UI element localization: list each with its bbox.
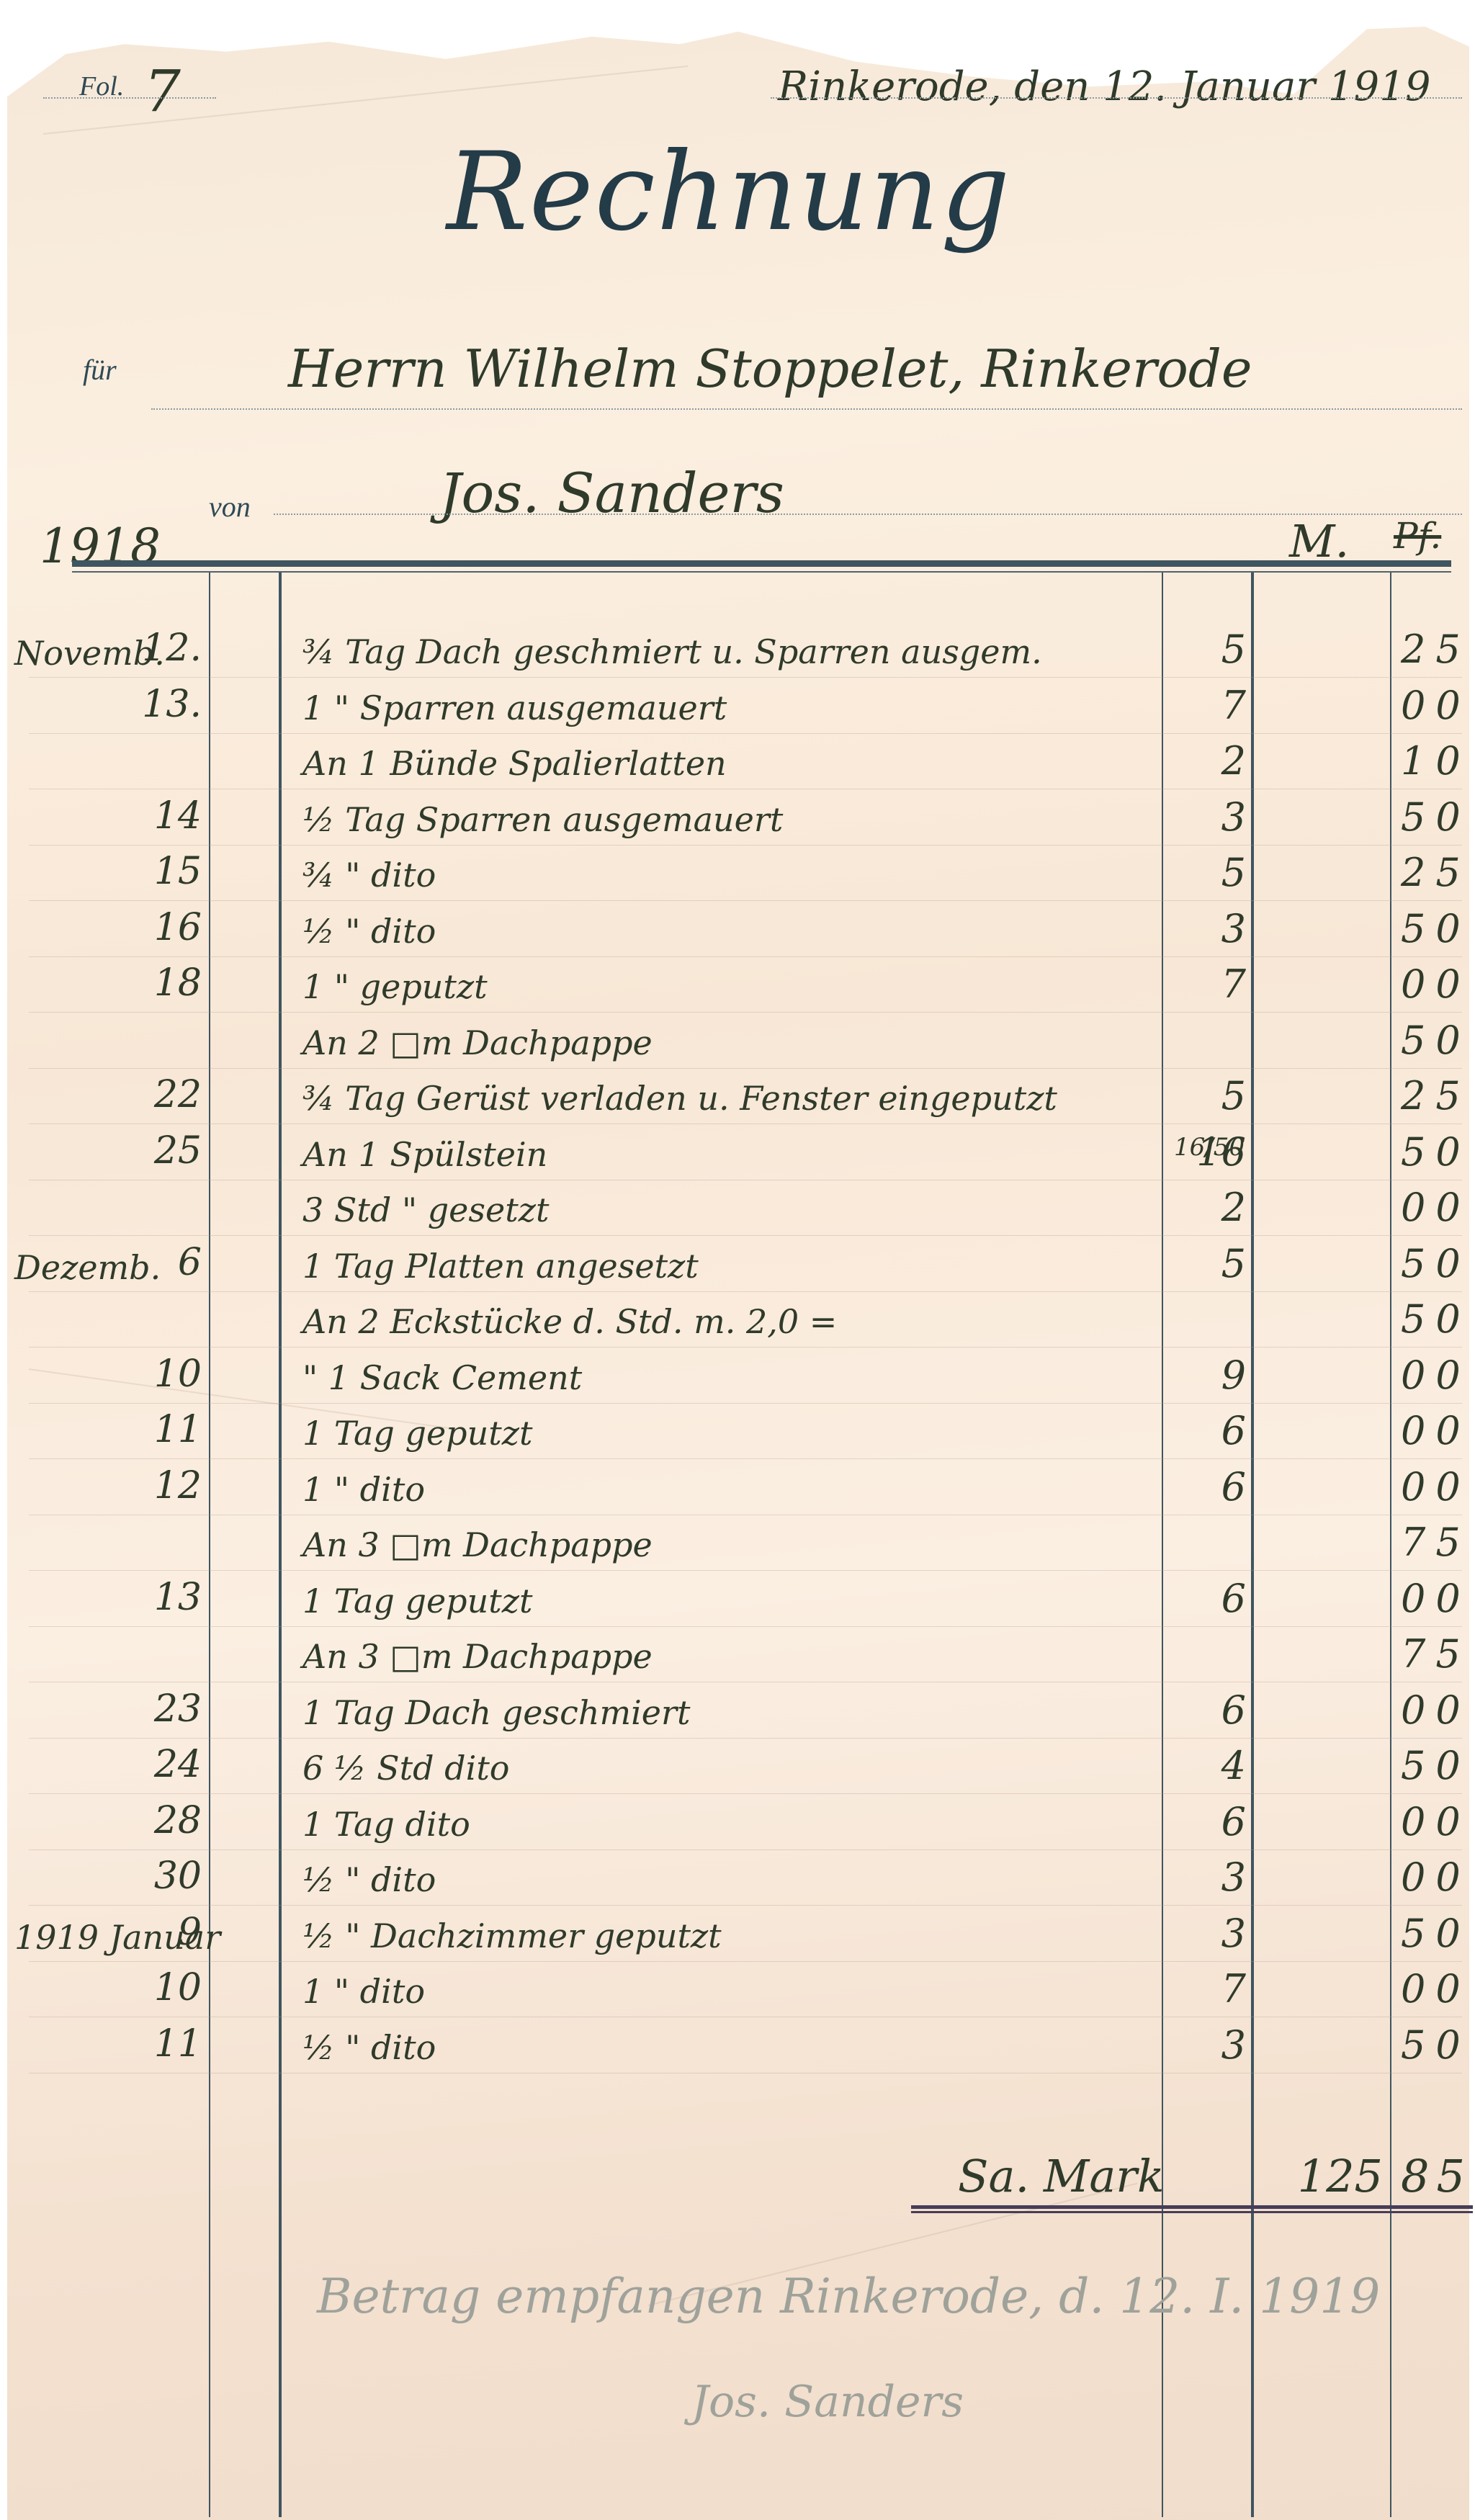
entry-day: 24 (122, 1743, 202, 1786)
row-ruling (29, 1515, 1462, 1515)
row-ruling (29, 1458, 1462, 1459)
entry-day: 30 (122, 1855, 202, 1898)
row-ruling (29, 1235, 1462, 1236)
entry-pfennig: 00 (1401, 1408, 1475, 1453)
row-ruling (29, 1180, 1462, 1180)
entry-marks: 2 (1167, 1185, 1246, 1230)
entry-description: 1 Tag Platten angesetzt (302, 1247, 699, 1286)
entry-description: 6 ½ Std dito (302, 1749, 510, 1788)
entry-pfennig: 25 (1401, 1073, 1475, 1118)
entry-marks: 6 (1167, 1576, 1246, 1621)
folio-number: 7 (144, 58, 181, 125)
row-ruling (29, 2073, 1462, 2073)
table-top-rule (72, 560, 1451, 567)
place-date: Rinkerode, den 12. Januar 1919 (778, 63, 1430, 110)
entry-pfennig: 00 (1401, 1799, 1475, 1844)
entry-pfennig: 00 (1401, 1576, 1475, 1621)
row-ruling (29, 677, 1462, 678)
von-label: von (209, 490, 251, 524)
column-divider-day (279, 573, 282, 2517)
total-pf: 85 (1401, 2150, 1472, 2202)
entry-marks: 5 (1167, 1073, 1246, 1118)
row-ruling (29, 1347, 1462, 1348)
entry-pfennig: 50 (1401, 1296, 1475, 1342)
entry-day: 23 (122, 1687, 202, 1731)
entry-description: An 3 □m Dachpappe (302, 1637, 653, 1676)
entry-description: ½ " dito (302, 2028, 436, 2067)
entry-description: ½ " Dachzimmer geputzt (302, 1916, 722, 1955)
entry-pfennig: 50 (1401, 906, 1475, 951)
entry-pfennig: 75 (1401, 1631, 1475, 1677)
entry-day: 12. (122, 627, 202, 670)
entry-day: 28 (122, 1799, 202, 1842)
row-ruling (29, 1291, 1462, 1292)
entry-description: ¾ Tag Gerüst verladen u. Fenster eingepu… (302, 1079, 1057, 1118)
receipt-note: Betrag empfangen Rinkerode, d. 12. I. 19… (317, 2269, 1380, 2324)
entry-day: 10 (122, 1353, 202, 1396)
entry-pfennig: 00 (1401, 1855, 1475, 1900)
entry-day: 16 (122, 906, 202, 949)
entry-marks: 7 (1167, 683, 1246, 728)
entry-day: 18 (122, 961, 202, 1005)
row-ruling (29, 1793, 1462, 1794)
entry-marks: 5 (1167, 850, 1246, 895)
entry-pfennig: 00 (1401, 683, 1475, 728)
row-ruling (29, 845, 1462, 846)
column-divider-month (209, 573, 210, 2517)
date-dotted-line (771, 97, 1462, 99)
entry-day: 10 (122, 1966, 202, 2009)
entry-day: 6 (122, 1241, 202, 1284)
row-ruling (29, 1012, 1462, 1013)
entry-day: 13 (122, 1576, 202, 1619)
entry-description: An 2 □m Dachpappe (302, 1023, 653, 1062)
entry-pfennig: 50 (1401, 1743, 1475, 1788)
entry-pfennig: 00 (1401, 1687, 1475, 1733)
entry-description: An 3 □m Dachpappe (302, 1525, 653, 1564)
row-ruling (29, 956, 1462, 957)
entry-pfennig: 00 (1401, 1353, 1475, 1398)
row-ruling (29, 733, 1462, 734)
entry-day: 14 (122, 794, 202, 838)
entry-description: ½ " dito (302, 912, 436, 951)
entry-pfennig: 10 (1401, 738, 1475, 784)
entry-day: 12 (122, 1464, 202, 1507)
total-label: Sa. Mark (958, 2150, 1165, 2202)
entry-description: 1 " dito (302, 1972, 425, 2011)
entry-pfennig: 00 (1401, 1966, 1475, 2012)
entry-pfennig: 50 (1401, 1241, 1475, 1286)
entry-description: 1 " Sparren ausgemauert (302, 689, 727, 727)
row-ruling (29, 1682, 1462, 1682)
entry-marks: 4 (1167, 1743, 1246, 1788)
entry-marks: 7 (1167, 961, 1246, 1007)
entry-description: 1 Tag geputzt (302, 1582, 532, 1620)
row-ruling (29, 1403, 1462, 1404)
entry-description: ½ Tag Sparren ausgemauert (302, 800, 783, 839)
entry-description: ¾ " dito (302, 856, 436, 894)
entry-pfennig: 50 (1401, 794, 1475, 840)
entry-description: " 1 Sack Cement (302, 1358, 582, 1397)
row-ruling (29, 1961, 1462, 1962)
entry-pfennig: 50 (1401, 1911, 1475, 1956)
entry-description: 3 Std " gesetzt (302, 1191, 549, 1229)
entry-marks: 6 (1167, 1687, 1246, 1733)
entry-marks: 5 (1167, 627, 1246, 672)
entry-description: An 2 Eckstücke d. Std. m. 2,0 = (302, 1302, 837, 1341)
entry-marks: 2 (1167, 738, 1246, 784)
row-ruling (29, 1124, 1462, 1124)
row-ruling (29, 789, 1462, 789)
entry-pfennig: 50 (1401, 2022, 1475, 2068)
entry-day: 13. (122, 683, 202, 726)
entry-pfennig: 75 (1401, 1520, 1475, 1565)
entry-marks: 3 (1167, 906, 1246, 951)
folio-dotted-line (43, 97, 216, 99)
entry-day: 9 (122, 1911, 202, 1954)
row-ruling (29, 1068, 1462, 1069)
entry-description: An 1 Spülstein (302, 1135, 547, 1174)
entry-description: 1 " dito (302, 1470, 425, 1509)
column-divider-side (1162, 573, 1163, 2517)
row-ruling (29, 1905, 1462, 1906)
row-ruling (29, 1738, 1462, 1739)
entry-description: 1 " geputzt (302, 967, 488, 1006)
total-marks: 125 (1260, 2150, 1383, 2202)
entry-marks: 7 (1167, 1966, 1246, 2012)
entry-marks: 6 (1167, 1799, 1246, 1844)
sum-rule-top (911, 2205, 1473, 2209)
row-ruling (29, 1849, 1462, 1850)
entry-pfennig: 50 (1401, 1018, 1475, 1063)
entry-day: 15 (122, 850, 202, 893)
entry-marks: 6 (1167, 1464, 1246, 1510)
column-divider-pf (1390, 573, 1391, 2517)
entry-marks: 3 (1167, 1855, 1246, 1900)
row-ruling (29, 2017, 1462, 2017)
entry-description: ¾ Tag Dach geschmiert u. Sparren ausgem. (302, 632, 1042, 671)
entry-pfennig: 25 (1401, 850, 1475, 895)
row-ruling (29, 900, 1462, 901)
entry-day: 11 (122, 1408, 202, 1451)
entry-marks: 3 (1167, 2022, 1246, 2068)
entry-marks: 3 (1167, 1911, 1246, 1956)
issuer-name: Jos. Sanders (439, 461, 784, 525)
entry-description: 1 Tag Dach geschmiert (302, 1693, 691, 1732)
row-ruling (29, 1626, 1462, 1627)
entry-pfennig: 50 (1401, 1129, 1475, 1175)
currency-sub-label: Pf. (1394, 515, 1441, 557)
entry-description: ½ " dito (302, 1860, 436, 1899)
recipient-dotted-line (151, 408, 1462, 410)
entry-day: 22 (122, 1073, 202, 1116)
entry-marks: 3 (1167, 794, 1246, 840)
entry-day: 25 (122, 1129, 202, 1172)
sum-rule-bottom (911, 2211, 1473, 2213)
column-divider-marks (1251, 573, 1254, 2517)
row-ruling (29, 1570, 1462, 1571)
entry-marks: 6 (1167, 1408, 1246, 1453)
entry-pfennig: 00 (1401, 1185, 1475, 1230)
entry-marks: 16 (1167, 1129, 1246, 1175)
entry-marks: 9 (1167, 1353, 1246, 1398)
entry-pfennig: 25 (1401, 627, 1475, 672)
entry-description: 1 Tag geputzt (302, 1414, 532, 1453)
entry-description: 1 Tag dito (302, 1805, 470, 1844)
entry-marks: 5 (1167, 1241, 1246, 1286)
document-title: Rechnung (447, 130, 1011, 255)
receipt-signature: Jos. Sanders (691, 2377, 964, 2427)
entry-description: An 1 Bünde Spalierlatten (302, 744, 727, 783)
recipient-name: Herrn Wilhelm Stoppelet, Rinkerode (288, 338, 1252, 399)
issuer-dotted-line (274, 514, 1462, 515)
entry-pfennig: 00 (1401, 1464, 1475, 1510)
entry-pfennig: 00 (1401, 961, 1475, 1007)
entry-day: 11 (122, 2022, 202, 2066)
fuer-label: für (83, 353, 117, 387)
